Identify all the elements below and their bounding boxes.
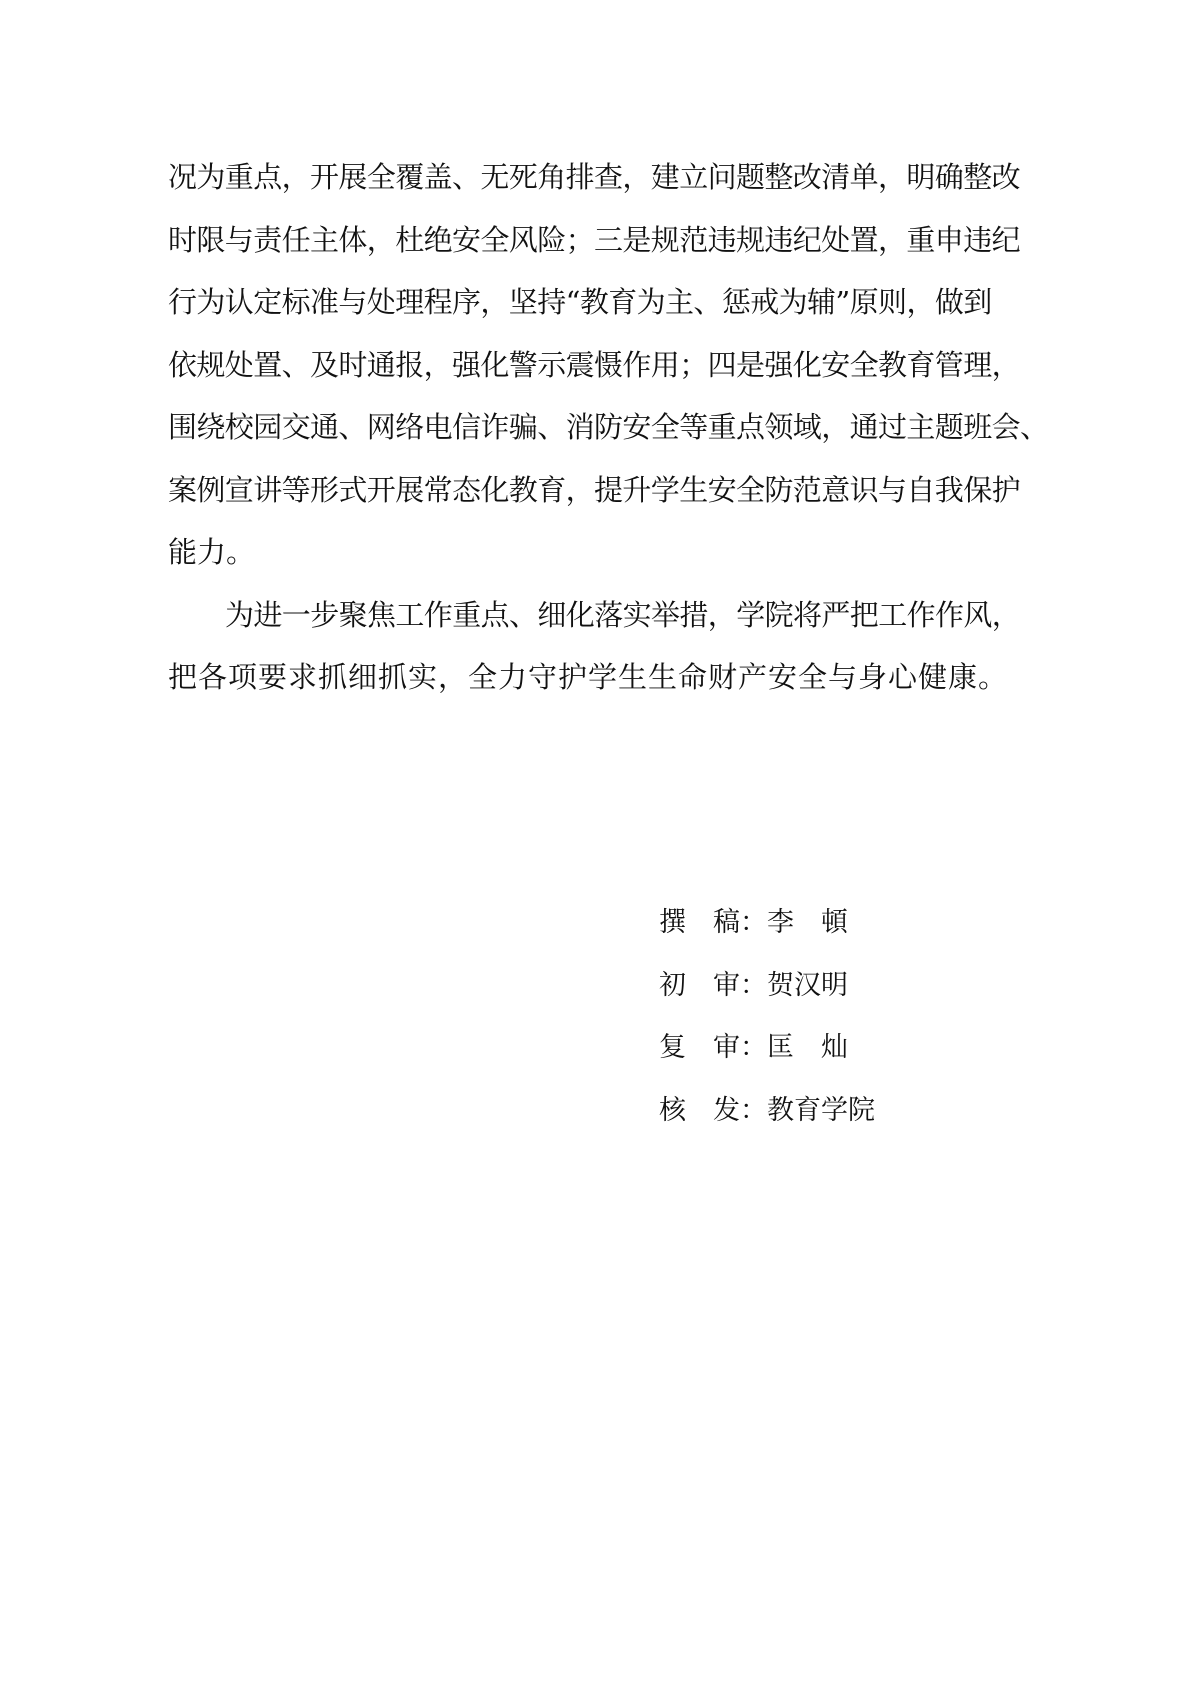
signature-name: 贺汉明 xyxy=(767,970,848,1001)
signature-line-approved-issue: 核 发：教育学院 xyxy=(659,1080,875,1143)
signature-label: 复 审 xyxy=(659,1032,740,1063)
signature-block: 撰 稿：李 頓 初 审：贺汉明 复 审：匡 灿 核 发：教育学院 xyxy=(659,892,875,1142)
body-line-6: 案例宣讲等形式开展常态化教育，提升学生安全防范意识与自我保护 xyxy=(168,459,1023,522)
body-line-2: 时限与责任主体，杜绝安全风险；三是规范违规违纪处置，重申违纪 xyxy=(168,209,1023,272)
body-line-3: 行为认定标准与处理程序，坚持“教育为主、惩戒为辅”原则，做到 xyxy=(168,271,1023,334)
signature-label: 核 发 xyxy=(659,1095,740,1126)
signature-colon: ： xyxy=(740,970,767,1001)
signature-name: 匡 灿 xyxy=(767,1032,848,1063)
signature-name: 教育学院 xyxy=(767,1095,875,1126)
signature-line-drafter: 撰 稿：李 頓 xyxy=(659,892,875,955)
signature-label: 撰 稿 xyxy=(659,907,740,938)
body-line-7: 能力。 xyxy=(168,521,1023,584)
body-line-9: 把各项要求抓细抓实，全力守护学生生命财产安全与身心健康。 xyxy=(168,646,1023,709)
document-page: 况为重点，开展全覆盖、无死角排查，建立问题整改清单，明确整改 时限与责任主体，杜… xyxy=(0,0,1191,1684)
body-paragraphs: 况为重点，开展全覆盖、无死角排查，建立问题整改清单，明确整改 时限与责任主体，杜… xyxy=(168,146,1023,709)
body-line-8: 为进一步聚焦工作重点、细化落实举措，学院将严把工作作风， xyxy=(168,584,1023,647)
signature-label: 初 审 xyxy=(659,970,740,1001)
signature-colon: ： xyxy=(740,1032,767,1063)
signature-line-second-review: 复 审：匡 灿 xyxy=(659,1017,875,1080)
signature-name: 李 頓 xyxy=(767,907,848,938)
body-line-1: 况为重点，开展全覆盖、无死角排查，建立问题整改清单，明确整改 xyxy=(168,146,1023,209)
signature-colon: ： xyxy=(740,1095,767,1126)
signature-line-first-review: 初 审：贺汉明 xyxy=(659,955,875,1018)
body-line-5: 围绕校园交通、网络电信诈骗、消防安全等重点领域，通过主题班会、 xyxy=(168,396,1023,459)
body-line-4: 依规处置、及时通报，强化警示震慑作用；四是强化安全教育管理， xyxy=(168,334,1023,397)
signature-colon: ： xyxy=(740,907,767,938)
